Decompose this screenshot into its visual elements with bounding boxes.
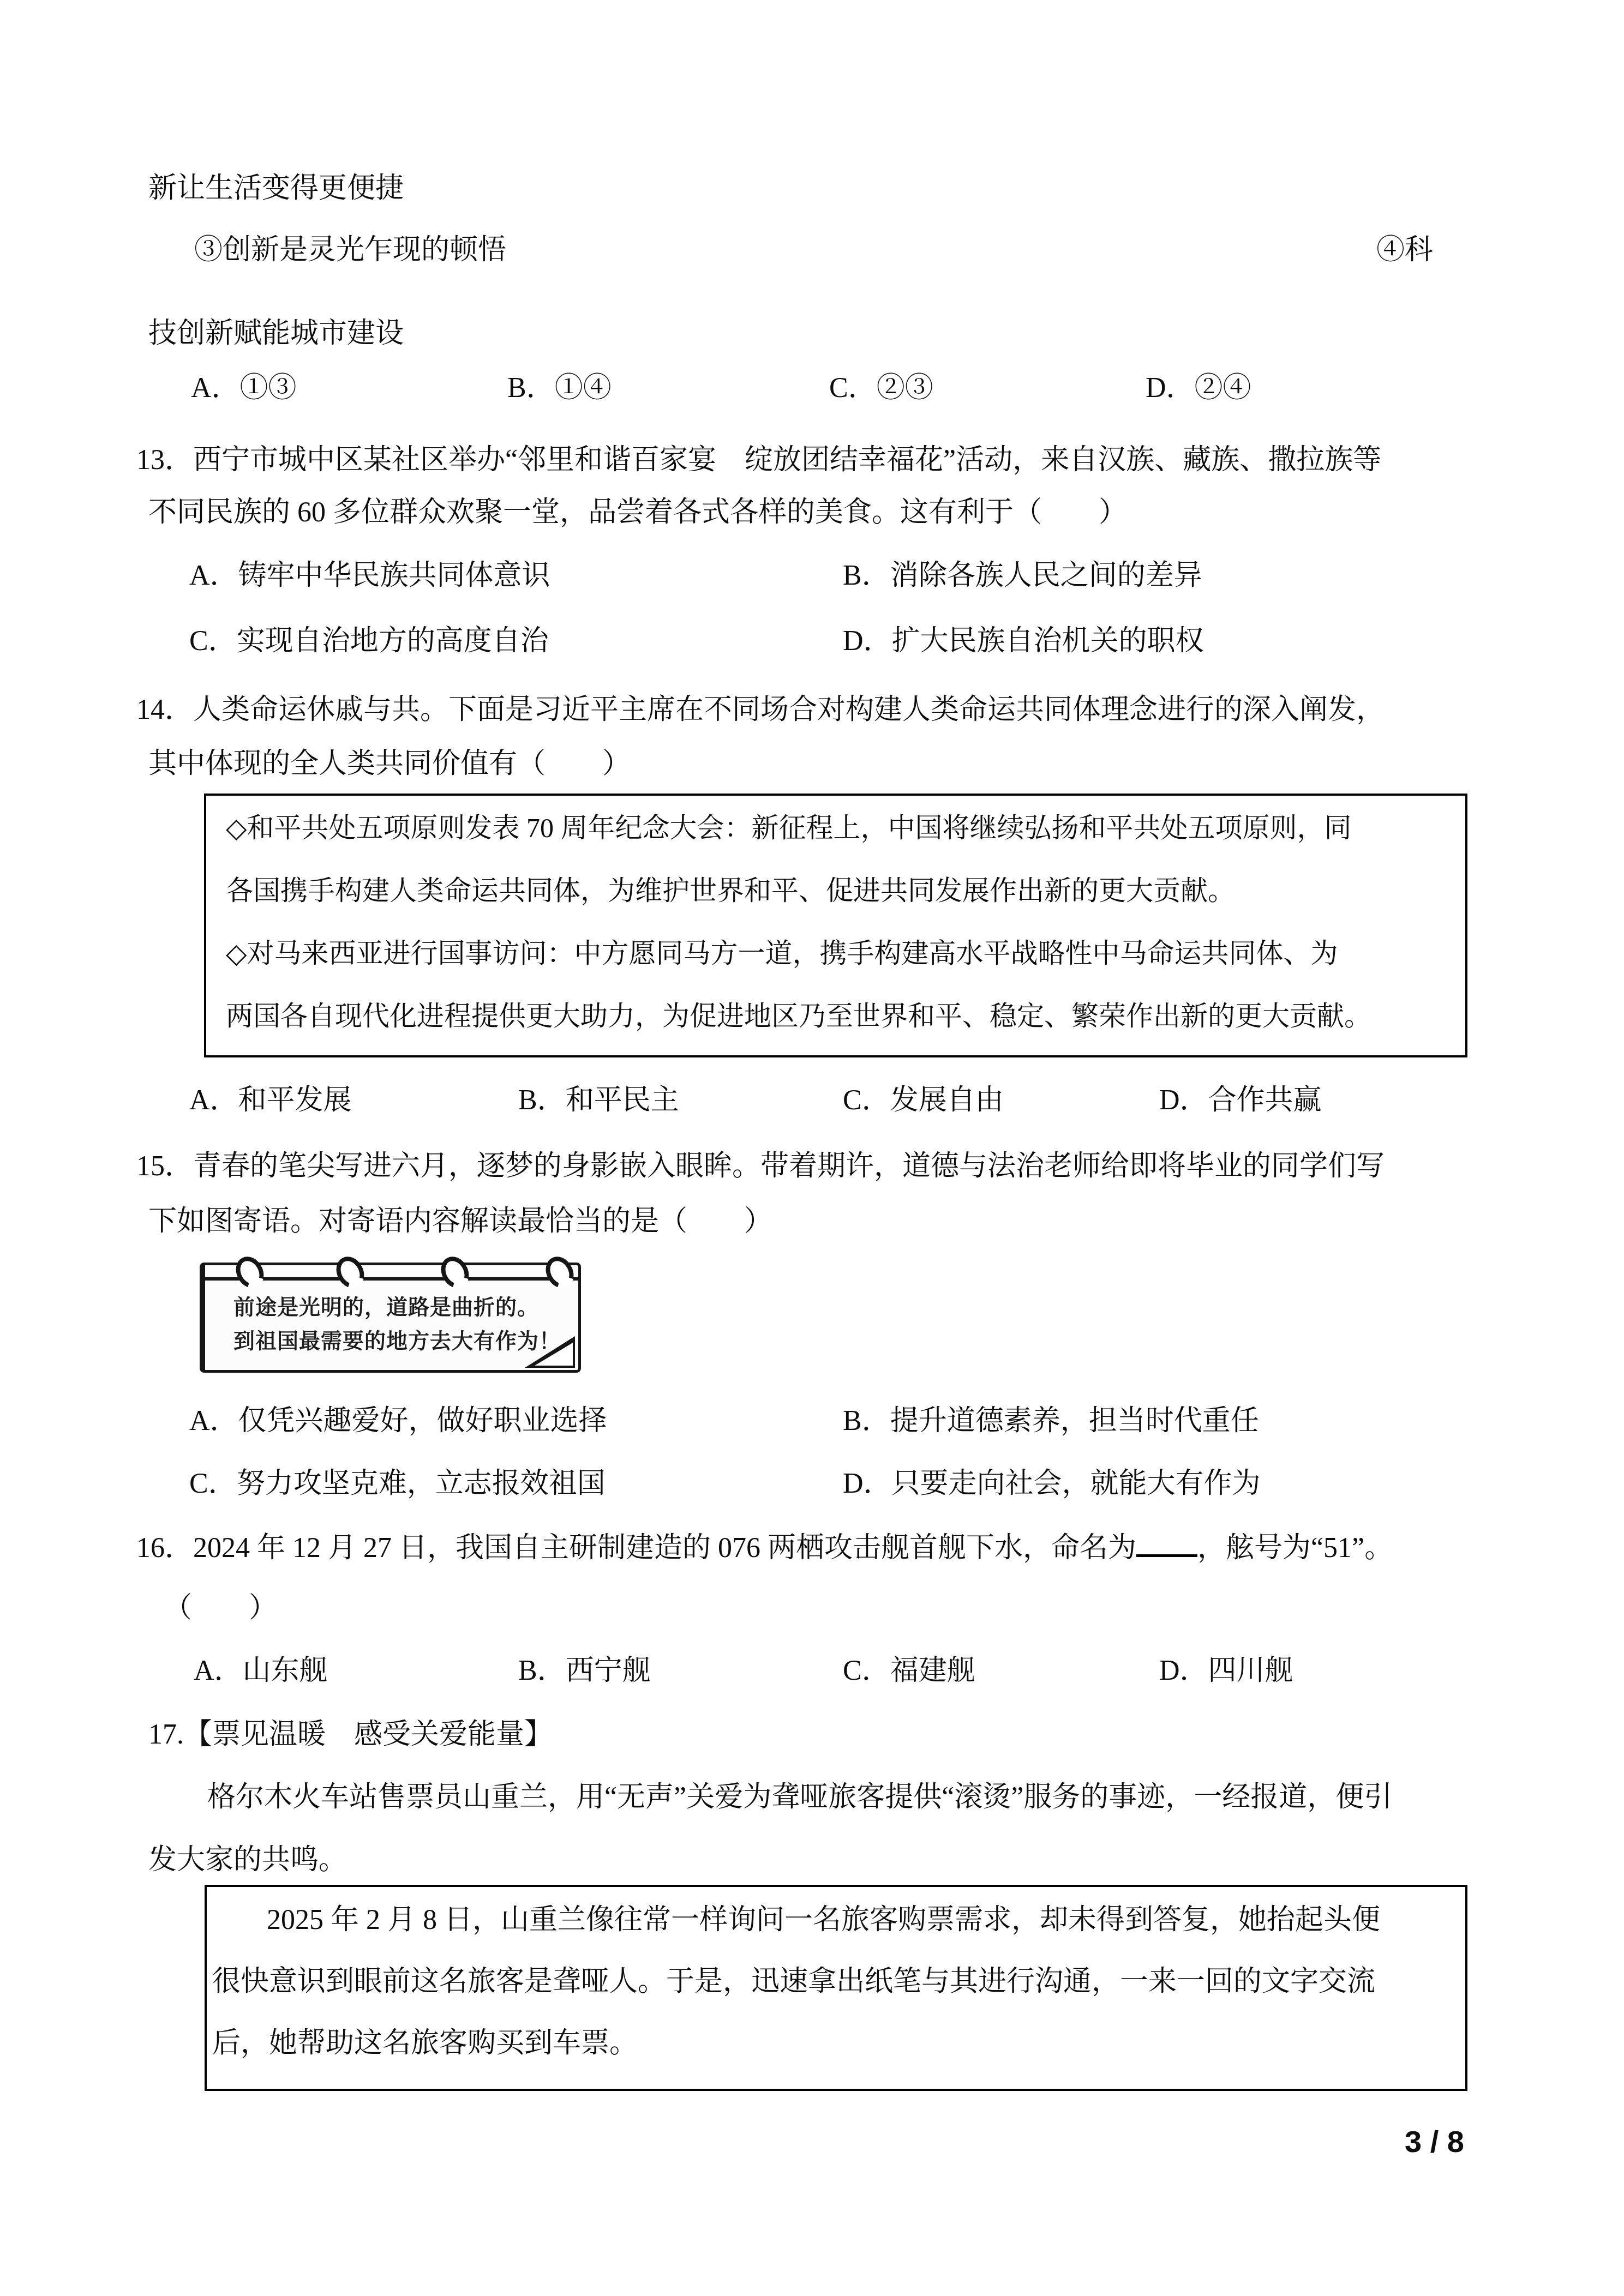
q17-box-line-2: 很快意识到眼前这名旅客是聋哑人。于是，迅速拿出纸笔与其进行沟通，一来一回的文字交… bbox=[212, 1951, 1465, 2012]
q15-option-c: C．努力攻坚克难，立志报效祖国 bbox=[189, 1465, 606, 1502]
q17-box-line-3: 后，她帮助这名旅客购买到车票。 bbox=[212, 2012, 1465, 2074]
q15-option-d: D．只要走向社会，就能大有作为 bbox=[843, 1465, 1261, 1502]
q17-heading: 17.【票见温暖 感受关爱能量】 bbox=[148, 1716, 553, 1753]
q14-box-line-1: ◇和平共处五项原则发表 70 周年纪念大会：新征程上，中国将继续弘扬和平共处五项… bbox=[226, 797, 1465, 860]
q16-option-d: D．四川舰 bbox=[1159, 1652, 1293, 1690]
q14-box-line-3: ◇对马来西亚进行国事访问：中方愿同马方一道，携手构建高水平战略性中马命运共同体、… bbox=[226, 922, 1465, 985]
q14-option-c: C．发展自由 bbox=[843, 1082, 1004, 1119]
intro-option-a: A．①③ bbox=[191, 370, 297, 407]
q16-option-b: B．西宁舰 bbox=[518, 1652, 651, 1690]
q15-option-a: A．仅凭兴趣爱好，做好职业选择 bbox=[189, 1403, 607, 1440]
q13-option-a: A．铸牢中华民族共同体意识 bbox=[189, 557, 550, 594]
q13-option-c: C．实现自治地方的高度自治 bbox=[189, 623, 549, 660]
continuation-line-2: 技创新赋能城市建设 bbox=[148, 315, 404, 352]
statement-3: ③创新是灵光乍现的顿悟 bbox=[194, 232, 506, 269]
q13-option-b: B．消除各族人民之间的差异 bbox=[843, 557, 1202, 594]
page-curl-fill bbox=[535, 1343, 573, 1366]
intro-option-b: B．①④ bbox=[507, 370, 612, 407]
continuation-line-1: 新让生活变得更便捷 bbox=[148, 170, 404, 207]
q16-line-2: （ ） bbox=[164, 1590, 277, 1627]
page-number: 3 / 8 bbox=[1405, 2124, 1464, 2159]
motto-notepad-image: 前途是光明的，道路是曲折的。 到祖国最需要的地方去大有作为！ bbox=[200, 1256, 585, 1378]
statement-4-start: ④科 bbox=[1376, 232, 1433, 269]
notepad-motto-line-2: 到祖国最需要的地方去大有作为！ bbox=[233, 1330, 561, 1354]
q16-text-after-blank: ，舷号为“51”。 bbox=[1197, 1532, 1393, 1564]
q17-box-line-1: 2025 年 2 月 8 日，山重兰像往常一样询问一名旅客购票需求，却未得到答复… bbox=[212, 1889, 1465, 1951]
q14-box-line-4: 两国各自现代化进程提供更大助力，为促进地区乃至世界和平、稳定、繁荣作出新的更大贡… bbox=[226, 985, 1465, 1048]
q17-para-line-2: 发大家的共鸣。 bbox=[148, 1842, 347, 1879]
q17-story-box: 2025 年 2 月 8 日，山重兰像往常一样询问一名旅客购票需求，却未得到答复… bbox=[205, 1885, 1467, 2091]
notepad-motto-line-1: 前途是光明的，道路是曲折的。 bbox=[233, 1296, 539, 1320]
q15-option-b: B．提升道德素养，担当时代重任 bbox=[843, 1403, 1259, 1440]
intro-option-d: D．②④ bbox=[1146, 370, 1251, 407]
q14-source-box: ◇和平共处五项原则发表 70 周年纪念大会：新征程上，中国将继续弘扬和平共处五项… bbox=[204, 794, 1467, 1057]
exam-page: 新让生活变得更便捷 ③创新是灵光乍现的顿悟 ④科 技创新赋能城市建设 A．①③ … bbox=[0, 0, 1624, 2296]
q14-option-b: B．和平民主 bbox=[518, 1082, 679, 1119]
q16-fill-in-blank bbox=[1136, 1527, 1197, 1557]
q16-option-a: A．山东舰 bbox=[194, 1652, 328, 1690]
q13-option-d: D．扩大民族自治机关的职权 bbox=[843, 623, 1204, 660]
q14-box-line-2: 各国携手构建人类命运共同体，为维护世界和平、促进共同发展作出新的更大贡献。 bbox=[226, 860, 1465, 922]
q16-text-before-blank: 16．2024 年 12 月 27 日，我国自主研制建造的 076 两栖攻击舰首… bbox=[136, 1532, 1136, 1564]
q14-line-1: 14．人类命运休戚与共。下面是习近平主席在不同场合对构建人类命运共同体理念进行的… bbox=[136, 692, 1385, 729]
q16-line-1: 16．2024 年 12 月 27 日，我国自主研制建造的 076 两栖攻击舰首… bbox=[136, 1527, 1393, 1567]
q15-line-2: 下如图寄语。对寄语内容解读最恰当的是（ ） bbox=[148, 1203, 772, 1240]
q13-line-2: 不同民族的 60 多位群众欢聚一堂，品尝着各式各样的美食。这有利于（ ） bbox=[148, 494, 1127, 531]
q14-option-a: A．和平发展 bbox=[189, 1082, 352, 1119]
q13-line-1: 13．西宁市城中区某社区举办“邻里和谐百家宴 绽放团结幸福花”活动，来自汉族、藏… bbox=[136, 442, 1381, 479]
q15-line-1: 15．青春的笔尖写进六月，逐梦的身影嵌入眼眸。带着期许，道德与法治老师给即将毕业… bbox=[136, 1148, 1385, 1185]
intro-option-c: C．②③ bbox=[829, 370, 933, 407]
q14-option-d: D．合作共赢 bbox=[1159, 1082, 1322, 1119]
q14-line-2: 其中体现的全人类共同价值有（ ） bbox=[148, 746, 631, 783]
q17-para-line-1: 格尔木火车站售票员山重兰，用“无声”关爱为聋哑旅客提供“滚烫”服务的事迹，一经报… bbox=[207, 1779, 1392, 1816]
q16-option-c: C．福建舰 bbox=[843, 1652, 975, 1690]
